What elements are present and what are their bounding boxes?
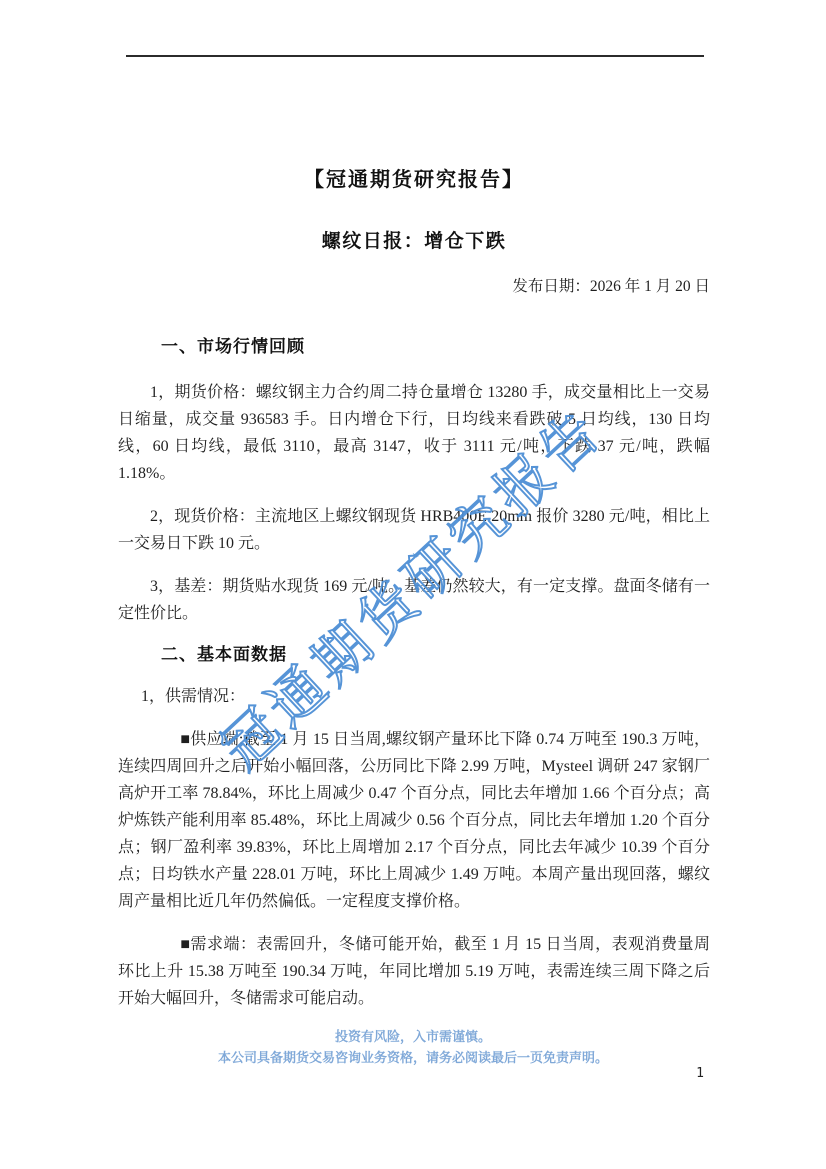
footer-disclaimer: 本公司具备期货交易咨询业务资格，请务必阅读最后一页免责声明。 bbox=[0, 1047, 826, 1068]
section-heading-market-review: 一、市场行情回顾 bbox=[118, 335, 710, 359]
report-subtitle: 螺纹日报：增仓下跌 bbox=[118, 228, 710, 255]
section-heading-fundamentals: 二、基本面数据 bbox=[118, 643, 710, 667]
paragraph-spot-price: 2，现货价格：主流地区上螺纹钢现货 HRB400E 20mm 报价 3280 元… bbox=[118, 503, 710, 557]
publish-date: 发布日期：2026 年 1 月 20 日 bbox=[118, 276, 710, 298]
report-content: 【冠通期货研究报告】 螺纹日报：增仓下跌 发布日期：2026 年 1 月 20 … bbox=[118, 0, 710, 1028]
paragraph-futures-price: 1，期货价格：螺纹钢主力合约周二持仓量增仓 13280 手，成交量相比上一交易日… bbox=[118, 379, 710, 487]
subheading-supply-demand: 1，供需情况： bbox=[118, 683, 710, 710]
report-title: 【冠通期货研究报告】 bbox=[118, 166, 710, 194]
paragraph-supply-side: ■供应端:截至 1 月 15 日当周,螺纹钢产量环比下降 0.74 万吨至 19… bbox=[118, 726, 710, 915]
report-page: 冠通期货研究报告 【冠通期货研究报告】 螺纹日报：增仓下跌 发布日期：2026 … bbox=[0, 0, 826, 1169]
page-number: 1 bbox=[696, 1066, 704, 1081]
paragraph-basis: 3，基差：期货贴水现货 169 元/吨。基差仍然较大，有一定支撑。盘面冬储有一定… bbox=[118, 573, 710, 627]
page-footer: 投资有风险，入市需谨慎。 本公司具备期货交易咨询业务资格，请务必阅读最后一页免责… bbox=[0, 1026, 826, 1068]
paragraph-demand-side: ■需求端：表需回升，冬储可能开始，截至 1 月 15 日当周，表观消费量周环比上… bbox=[118, 931, 710, 1012]
footer-risk-warning: 投资有风险，入市需谨慎。 bbox=[0, 1026, 826, 1047]
